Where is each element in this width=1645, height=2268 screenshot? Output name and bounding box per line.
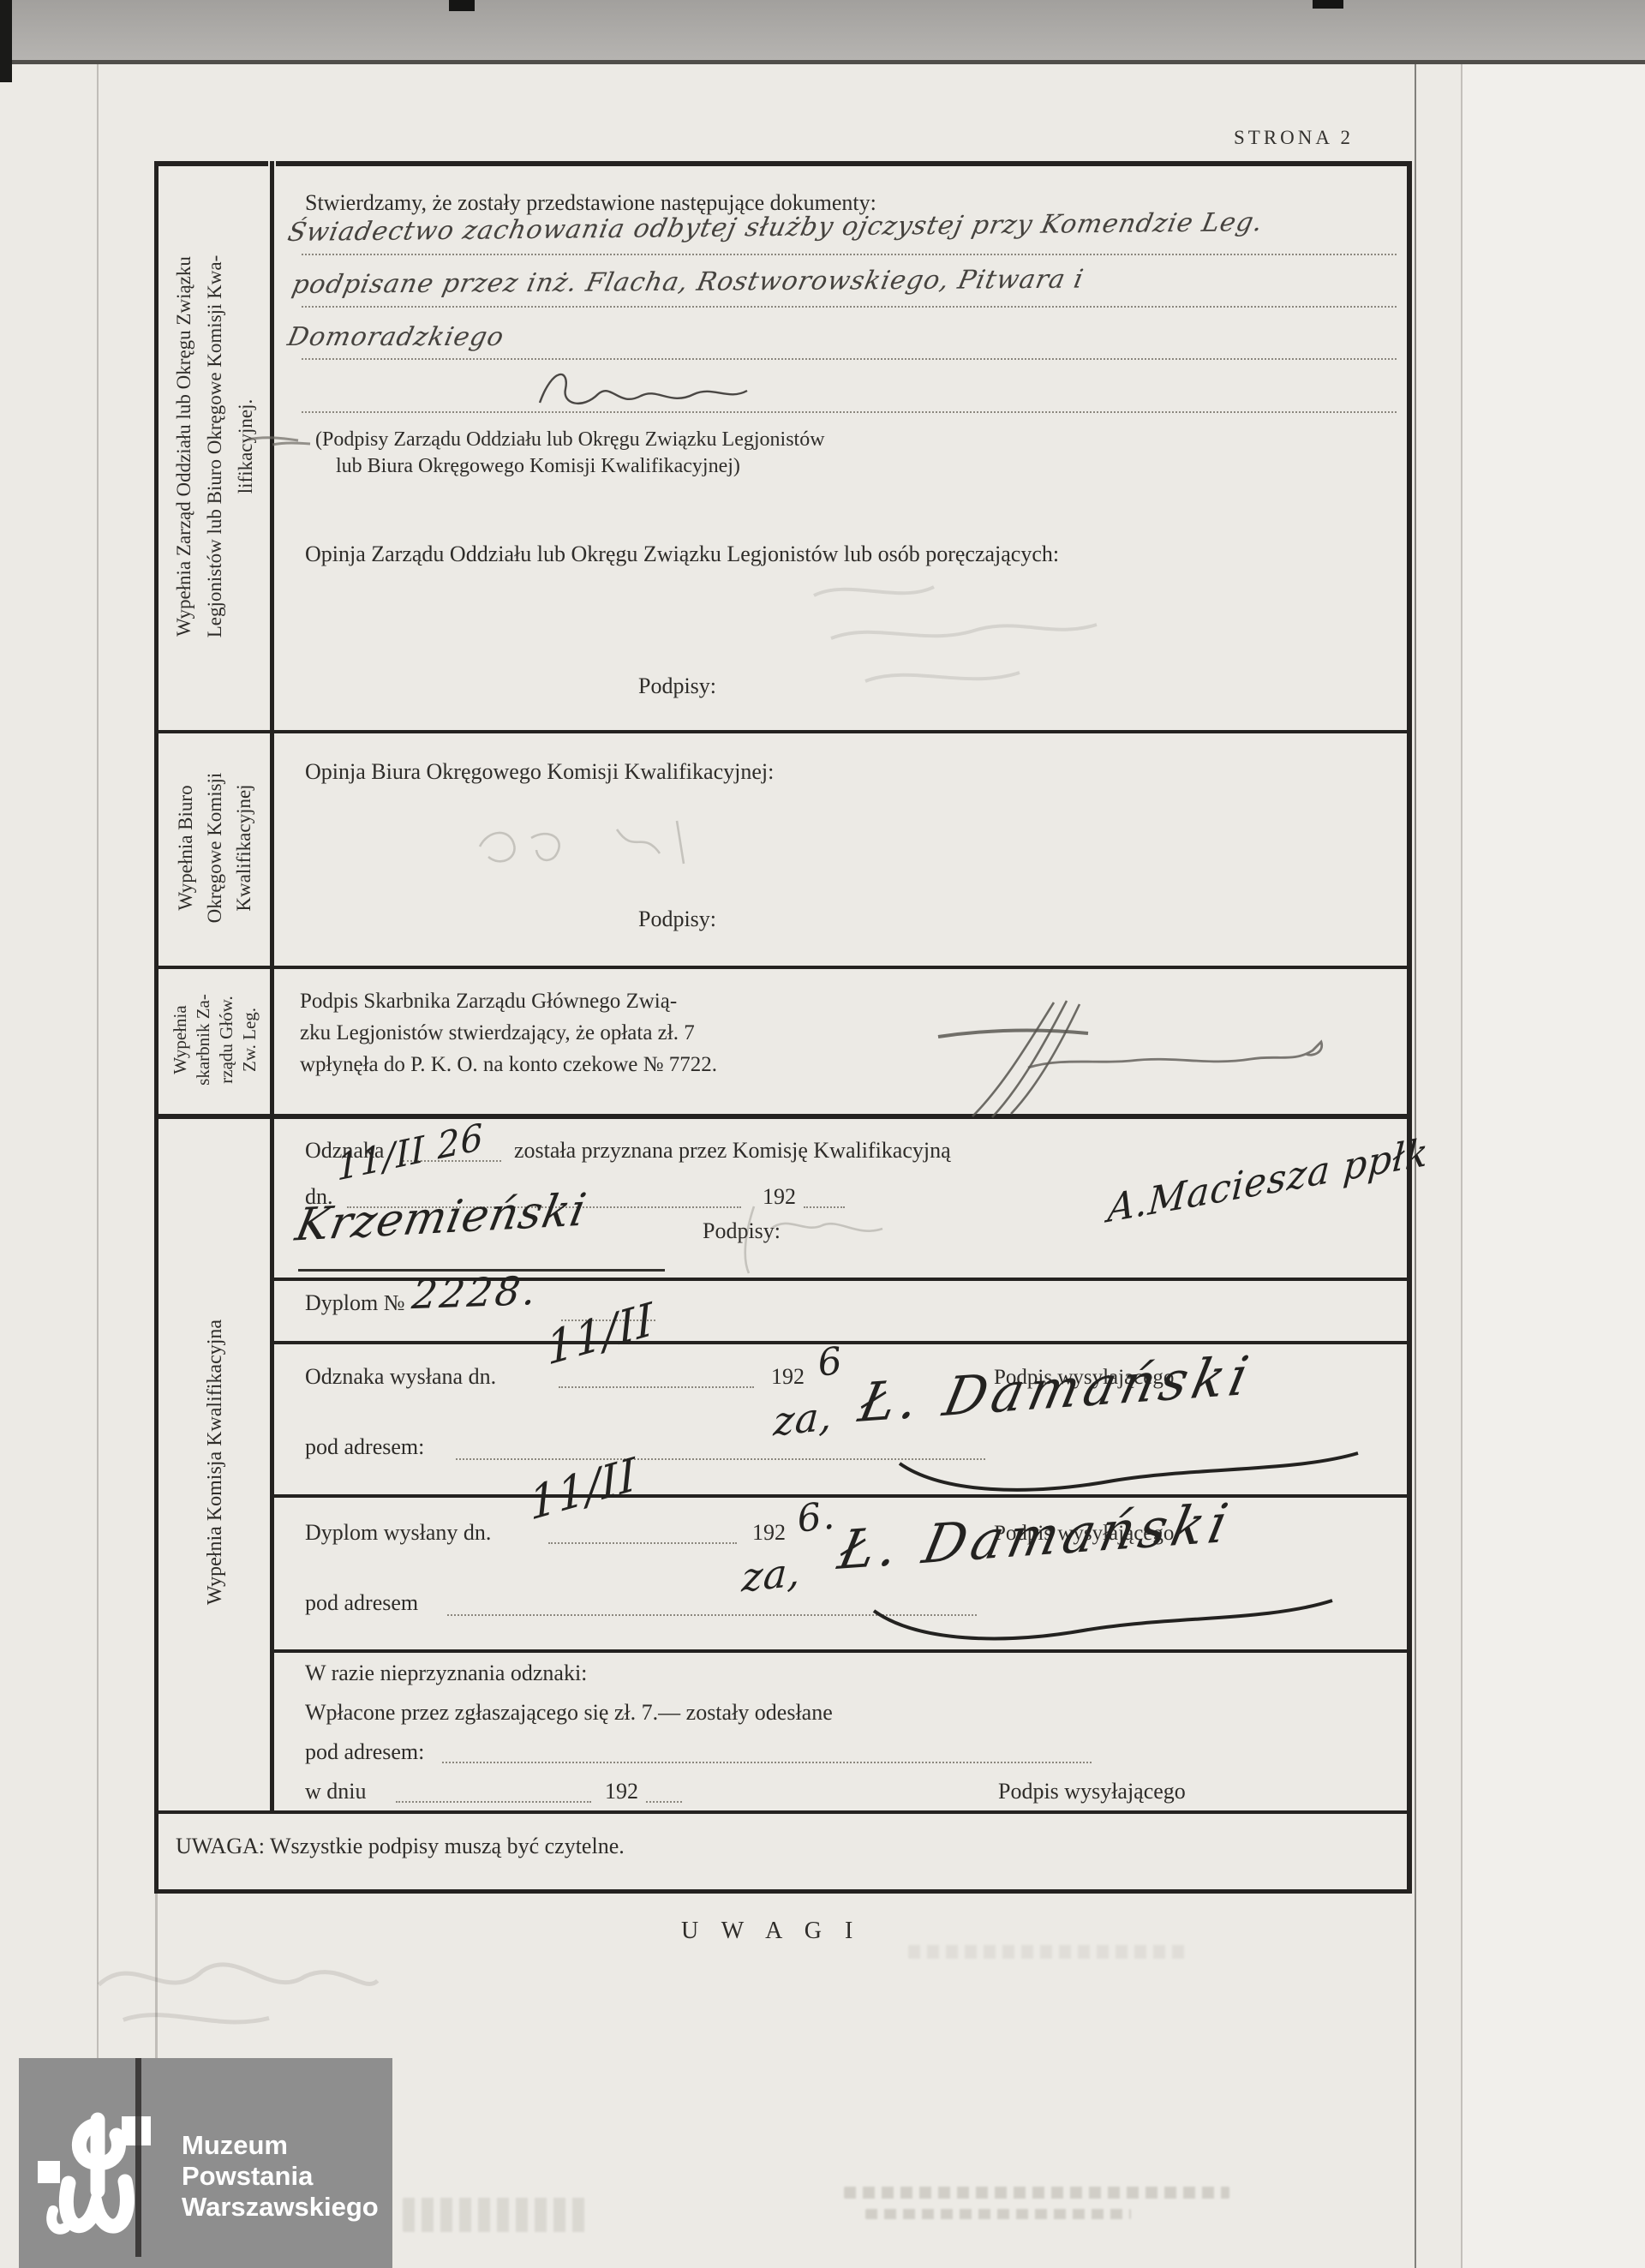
refund-address-label: pod adresem: [305,1739,424,1765]
refund-line1: W razie nieprzyznania odznaki: [305,1661,587,1686]
handwritten-za: za, [740,1548,803,1601]
badge-sent-year-prefix: 192 [771,1364,805,1390]
diploma-number-label: Dyplom № [305,1290,405,1316]
ghost-print [865,2209,1131,2219]
refund-line2: Wpłacone przez zgłaszającego się zł. 7.—… [305,1700,833,1726]
dotted-line [559,1386,754,1388]
scan-artifact-corner [0,0,12,82]
dotted-line [548,1542,737,1544]
ghost-print [908,1945,1191,1959]
ghost-scribble [88,1933,383,2055]
dotted-line [396,1801,591,1803]
scan-artifact-tick [449,0,475,11]
faint-pencil-scribble [463,804,745,885]
handwritten-diploma-number: 2228. [410,1267,540,1318]
diploma-sent-year-prefix: 192 [752,1520,786,1546]
treasurer-text-line: zku Legjonistów stwierdzający, że opłata… [300,1017,717,1049]
page-number-label: STRONA 2 [1234,127,1354,149]
badge-awarded-label-end: została przyznana przez Komisję Kwalifik… [514,1138,951,1164]
handwritten-year-digit: 6. [795,1493,837,1541]
sidebar-label-line: Wypełnia Biuro [171,785,200,910]
diploma-sent-address-label: pod adresem [305,1590,418,1616]
sidebar-label-line: Zw. Leg. [238,1008,261,1072]
handwritten-year-digit: 6 [816,1339,845,1385]
handwritten-document-line: Domoradzkiego [285,322,507,352]
scan-artifact-streak [135,2058,141,2257]
dotted-line [442,1762,1092,1763]
sidebar-label-line: skarbnik Za- [192,994,215,1086]
sidebar-section-skarbnik: Wypełnia skarbnik Za- rządu Głów. Zw. Le… [161,966,269,1114]
handwritten-signature-maciesza: A.Maciesza ppłk [1106,1130,1430,1231]
sidebar-label-line: Wypełnia Zarząd Oddziału lub Okręgu Zwią… [169,256,200,637]
opinion-bureau-podpisy-label: Podpisy: [638,907,716,932]
sidebar-label-line: Okręgowe Komisji [200,773,230,924]
dotted-line [302,411,1397,413]
handwritten-flourish [523,360,754,422]
handwritten-sent-date: 11/II [545,1293,655,1376]
treasurer-text-line: Podpis Skarbnika Zarządu Głównego Zwią- [300,985,717,1017]
dotted-line [302,306,1397,308]
table-border-top [154,161,1412,166]
sidebar-separator [270,161,274,1810]
badge-sent-address-label: pod adresem: [305,1434,424,1460]
ghost-print [403,2198,591,2232]
handwritten-signature-krzeminski: Krzemieński [291,1184,590,1251]
table-border-bottom [154,1889,1412,1894]
paper-right-strip [1463,64,1645,2268]
dotted-line [302,254,1397,255]
row-divider [154,966,1412,969]
treasurer-text-line: wpłynęła do P. K. O. na konto czekowe № … [300,1049,717,1080]
faint-pencil-scribble [728,1189,925,1279]
table-border-left [154,161,159,1894]
documents-caption-line1: (Podpisy Zarządu Oddziału lub Okręgu Zwi… [315,428,825,452]
handwritten-award-date: 11/II 26 [336,1115,484,1188]
opinion-bureau-heading: Opinja Biura Okręgowego Komisji Kwalifik… [305,759,774,785]
treasurer-text: Podpis Skarbnika Zarządu Głównego Zwią- … [300,985,717,1080]
watermark-line2: Powstania [182,2161,313,2192]
refund-date-label: w dniu [305,1779,367,1804]
handwritten-document-line: podpisane przez inż. Flacha, Rostworowsk… [290,265,1086,300]
sidebar-label-line: Legjonistów lub Biuro Okręgowe Komisji K… [200,255,230,638]
diploma-sent-label: Dyplom wysłany dn. [305,1520,491,1546]
sidebar-section-komisja: Wypełnia Komisja Kwalifikacyjna [161,1114,269,1810]
sidebar-label-line: Kwalifikacyjnej [230,784,259,911]
sidebar-label-line: rządu Głów. [215,996,238,1083]
sidebar-label-line: Wypełnia [169,1005,192,1074]
refund-podpis-label: Podpis wysyłającego [998,1779,1186,1804]
dotted-line [302,358,1397,360]
scanned-document-page: STRONA 2 Wypełnia Zarząd Oddziału lub Ok… [0,0,1645,2268]
refund-year-prefix: 192 [605,1779,638,1804]
watermark-line3: Warszawskiego [182,2192,379,2223]
page-edge-line-left [97,64,99,2091]
opinion-board-podpisy-label: Podpisy: [638,673,716,699]
sidebar-label-line: Wypełnia Komisja Kwalifikacyjna [204,1320,227,1605]
watermark-line1: Muzeum [182,2130,288,2161]
scan-top-edge-line [0,60,1645,64]
badge-sent-label: Odznaka wysłana dn. [305,1364,496,1390]
table-border-right [1407,161,1412,1894]
scan-top-band [0,0,1645,60]
sidebar-section-biuro: Wypełnia Biuro Okręgowe Komisji Kwalifik… [161,730,269,966]
scan-artifact-tick [1313,0,1343,9]
treasurer-pencil-signature [925,992,1337,1121]
handwritten-signature-sender: Ł. Damański [833,1491,1238,1582]
uwaga-note: UWAGA: Wszystkie podpisy muszą być czyte… [176,1834,625,1859]
handwritten-sent-date: 11/II [528,1448,638,1531]
dotted-line [646,1801,682,1803]
handwritten-za: za, [772,1392,834,1445]
pw-kotwica-logo [36,2109,160,2251]
row-divider [154,1810,1412,1814]
handwritten-signature-sender: Ł. Damański [853,1343,1259,1434]
signature-flourish [891,1446,1371,1498]
uwagi-heading: U W A G I [681,1918,861,1945]
ghost-print [844,2187,1229,2199]
pencil-dash-mark [247,433,312,450]
faint-pencil-scribble [797,561,1140,720]
row-divider [270,1649,1412,1653]
row-divider [154,730,1412,733]
signature-flourish [865,1595,1345,1647]
documents-caption-line2: lub Biura Okręgowego Komisji Kwalifikacy… [336,455,740,478]
